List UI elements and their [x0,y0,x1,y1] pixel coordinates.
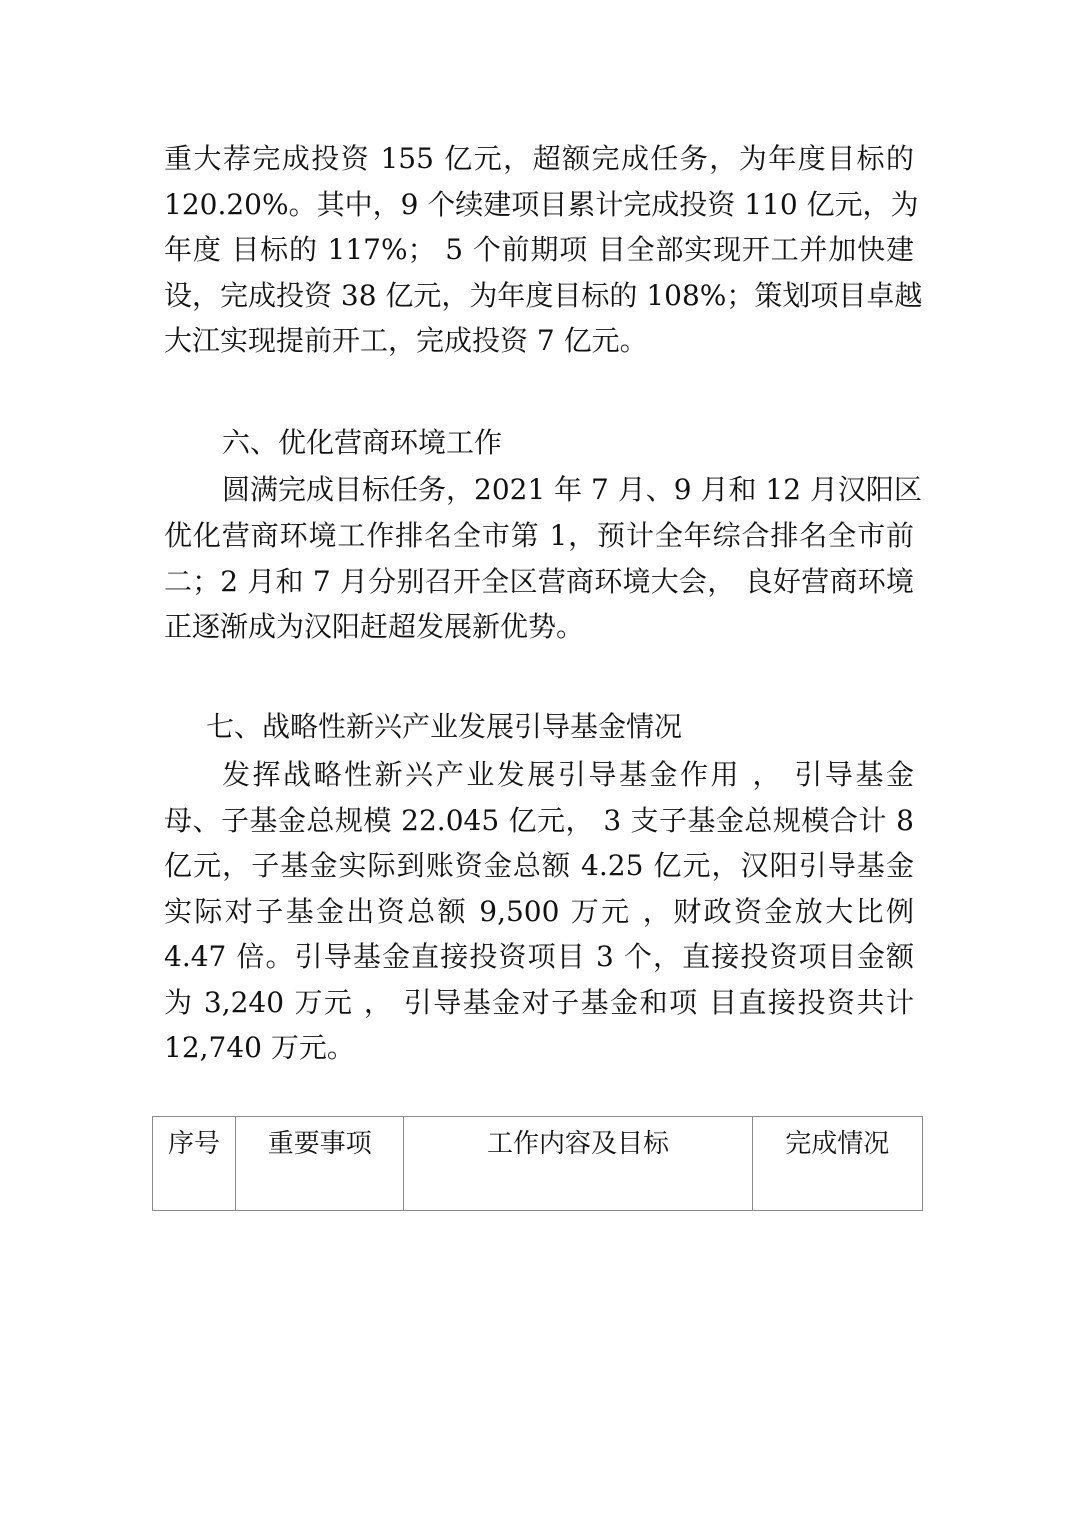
column-header-index: 序号 [153,1117,236,1211]
table-header-row: 序号 重要事项 工作内容及目标 完成情况 [153,1117,923,1211]
column-header-key-matter: 重要事项 [236,1117,404,1211]
paragraph-line: 发挥战略性新兴产业发展引导基金作用 ， 引导基金 [222,759,914,791]
paragraph-line: 4.47 倍。引导基金直接投资项目 3 个，直接投资项目金额 [164,941,914,973]
paragraph-line: 120.20%。其中，9 个续建项目累计完成投资 110 亿元，为 [164,189,914,221]
paragraph-line: 实际对子基金出资总额 9,500 万元 ，财政资金放大比例 [164,896,914,928]
paragraph-line: 12,740 万元。 [164,1032,914,1064]
column-header-content-goals: 工作内容及目标 [404,1117,752,1211]
section-heading-guidance-fund: 七、战略性新兴产业发展引导基金情况 [206,711,682,743]
tasks-table: 序号 重要事项 工作内容及目标 完成情况 [152,1116,923,1211]
paragraph-line: 年度 目标的 117%； 5 个前期项 目全部实现开工并加快建 [164,234,914,266]
paragraph-line: 大江实现提前开工，完成投资 7 亿元。 [164,325,914,357]
paragraph-line: 正逐渐成为汉阳赶超发展新优势。 [164,611,914,643]
section-heading-business-environment: 六、优化营商环境工作 [222,427,502,459]
paragraph-line: 亿元，子基金实际到账资金总额 4.25 亿元，汉阳引导基金 [164,850,914,882]
paragraph-line: 重大荐完成投资 155 亿元，超额完成任务，为年度目标的 [164,143,914,175]
paragraph-line: 优化营商环境工作排名全市第 1，预计全年综合排名全市前 [164,520,914,552]
paragraph-line: 二；2 月和 7 月分别召开全区营商环境大会， 良好营商环境 [164,566,914,598]
paragraph-line: 设，完成投资 38 亿元，为年度目标的 108%；策划项目卓越 [164,280,914,312]
column-header-completion-status: 完成情况 [752,1117,922,1211]
paragraph-line: 母、子基金总规模 22.045 亿元， 3 支子基金总规模合计 8 [164,805,914,837]
paragraph-line: 为 3,240 万元 ， 引导基金对子基金和项 目直接投资共计 [164,987,914,1019]
paragraph-line: 圆满完成目标任务，2021 年 7 月、9 月和 12 月汉阳区 [222,474,914,506]
